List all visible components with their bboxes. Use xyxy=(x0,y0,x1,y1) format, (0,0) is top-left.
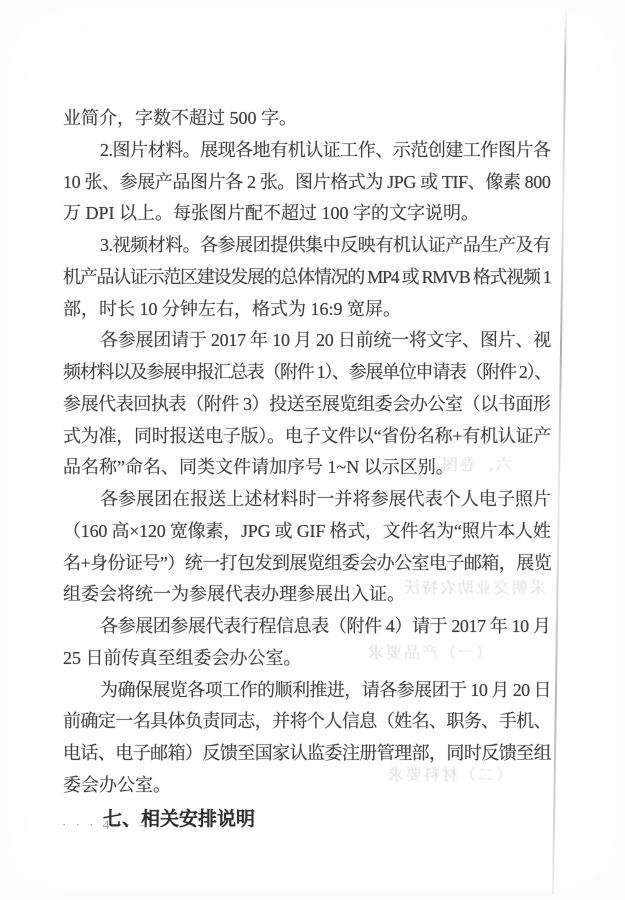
body-line: 万 DPI 以上。每张图片配不超过 100 字的文字说明。 xyxy=(63,198,551,230)
body-line: 各参展团请于 2017 年 10 月 20 日前统一将文字、图片、视 xyxy=(63,325,551,357)
body-line: 频材料以及参展申报汇总表（附件 1）、参展单位申请表（附件 2）、 xyxy=(63,357,551,389)
body-line: 参展代表回执表（附件 3）投送至展览组委会办公室（以书面形 xyxy=(63,389,551,421)
bleed-through-ghost-text: （二）材料要求 xyxy=(386,762,512,785)
body-line: 式为准，同时报送电子版）。电子文件以“省份名称+有机认证产 xyxy=(63,421,551,453)
body-line: 前确定一名具体负责同志，并将个人信息（姓名、职务、手机、 xyxy=(63,706,551,738)
body-line: 3.视频材料。各参展团提供集中反映有机认证产品生产及有 xyxy=(63,230,551,262)
body-line: 为确保展览各项工作的顺利推进，请各参展团于 10 月 20 日 xyxy=(63,675,551,707)
page-number: · · · 4 ·· – xyxy=(62,817,149,833)
body-line: （160 高×120 宽像素，JPG 或 GIF 格式，文件名为“照片本人姓 xyxy=(63,516,551,548)
bleed-through-ghost-text: 六、卷图 xyxy=(440,452,512,475)
body-line: 各参展团参展代表行程信息表（附件 4）请于 2017 年 10 月 xyxy=(63,611,551,643)
scanned-document-page: 业简介，字数不超过 500 字。 2.图片材料。展现各地有机认证工作、示范创建工… xyxy=(0,0,625,900)
body-line: 10 张、参展产品图片各 2 张。图片格式为 JPG 或 TIF、像素 800 xyxy=(63,167,551,199)
body-line: 2.图片材料。展现各地有机认证工作、示范创建工作图片各 xyxy=(63,135,551,167)
body-line: 机产品认证示范区建设发展的总体情况的 MP4 或 RMVB 格式视频 1 xyxy=(63,262,551,294)
bleed-through-ghost-text: （一）产品要求 xyxy=(366,640,492,663)
body-line: 各参展团在报送上述材料时一并将参展代表个人电子照片 xyxy=(63,484,551,516)
bleed-through-ghost-text: 采朝交业助农特沃 xyxy=(402,575,546,598)
page-edge-scan-line xyxy=(552,7,567,895)
body-line: 业简介，字数不超过 500 字。 xyxy=(63,103,551,135)
body-line: 部，时长 10 分钟左右，格式为 16:9 宽屏。 xyxy=(63,294,551,326)
